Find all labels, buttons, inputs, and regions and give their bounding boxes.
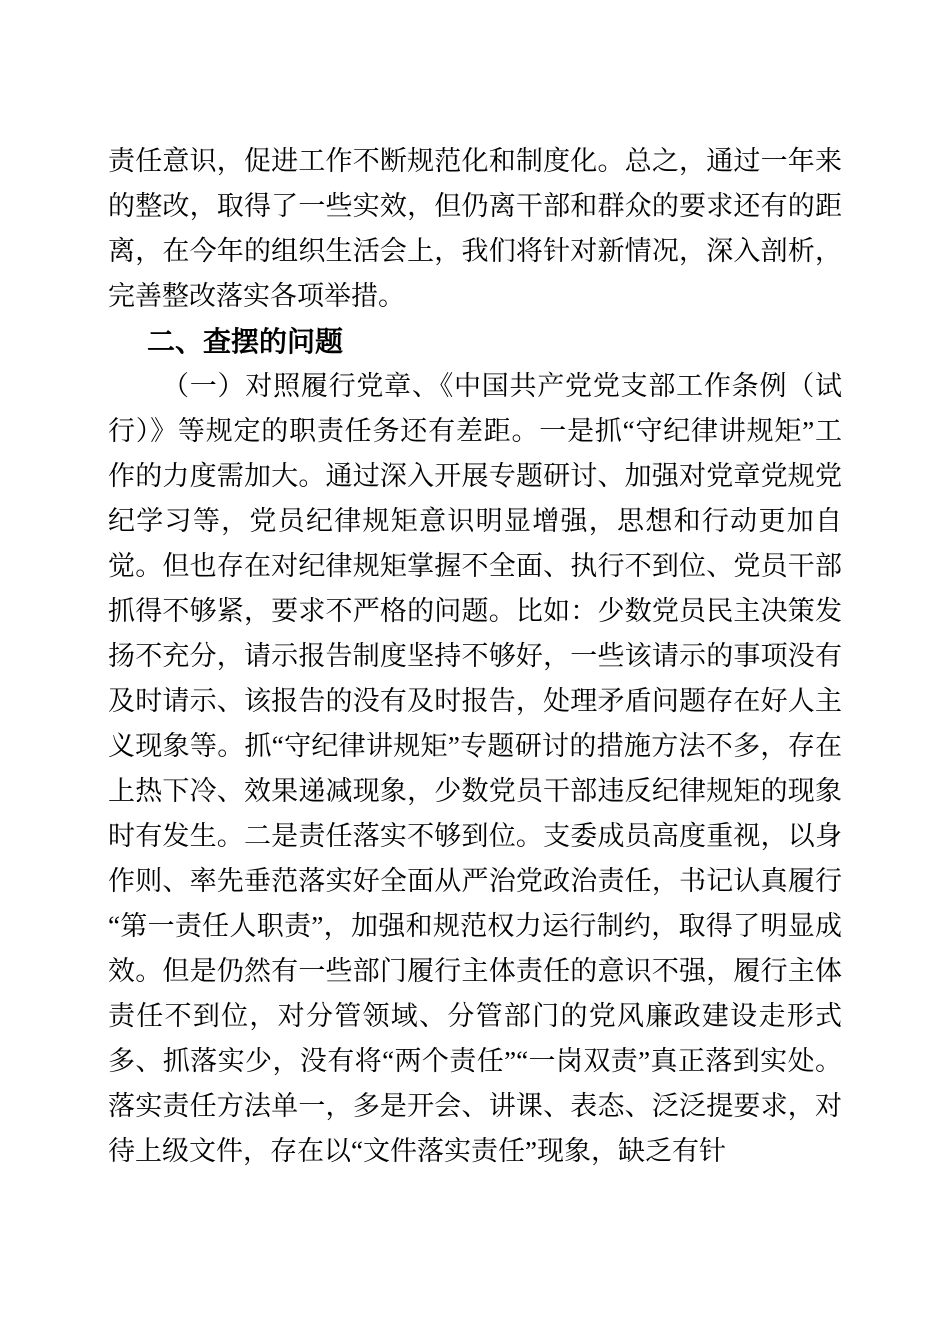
subsection-paragraph: （一）对照履行党章、《中国共产党党支部工作条例（试行）》等规定的职责任务还有差距… [108, 364, 842, 1174]
continuation-paragraph: 责任意识，促进工作不断规范化和制度化。总之，通过一年来的整改，取得了一些实效，但… [108, 139, 842, 319]
section-heading: 二、查摆的问题 [108, 319, 842, 364]
document-page: 责任意识，促进工作不断规范化和制度化。总之，通过一年来的整改，取得了一些实效，但… [0, 0, 950, 1344]
subsection-body-text: 一是抓“守纪律讲规矩”工作的力度需加大。通过深入开展专题研讨、加强对党章党规党纪… [108, 416, 842, 1166]
